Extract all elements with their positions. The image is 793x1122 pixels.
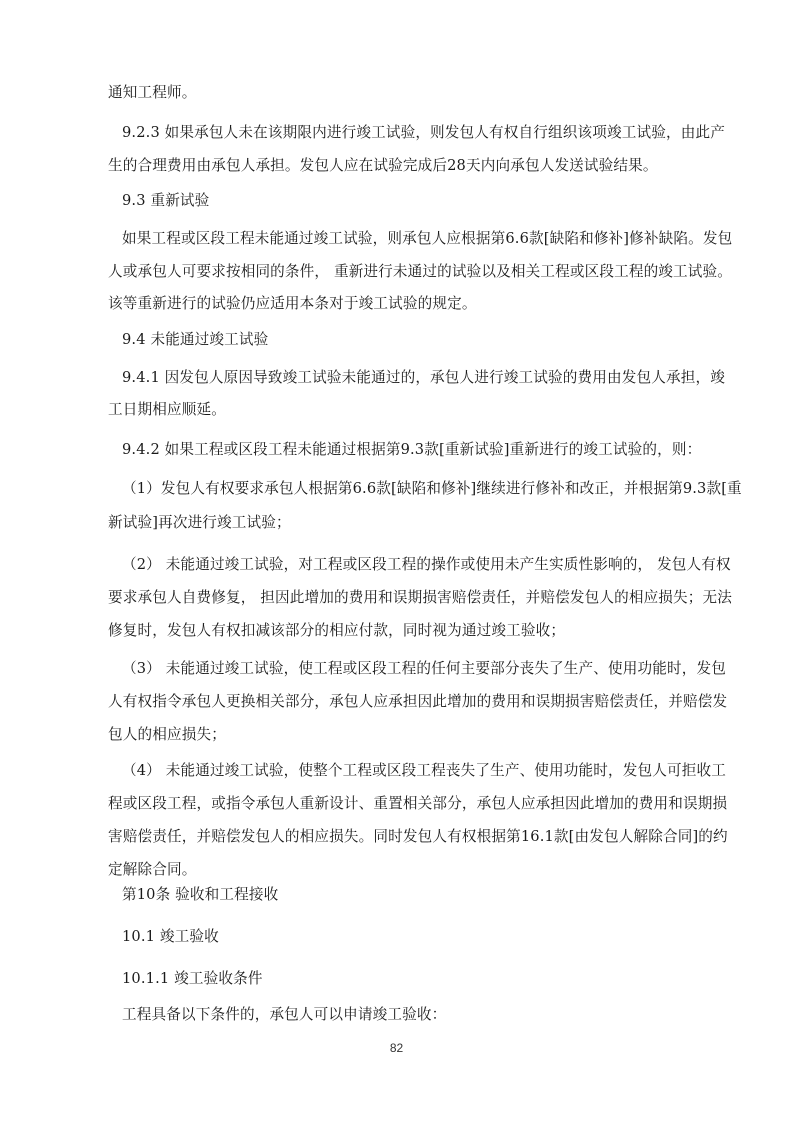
paragraph-line: 新试验]再次进行竣工试验； (108, 513, 291, 533)
paragraph-line: 如果工程或区段工程未能通过竣工试验，则承包人应根据第6.6款[缺陷和修补]修补缺… (122, 229, 708, 249)
item-4: （4） 未能通过竣工试验，使整个工程或区段工程丧失了生产、使用功能时，发包人可拒… (122, 761, 708, 781)
document-page: 通知工程师。 9.2.3 如果承包人未在该期限内进行竣工试验，则发包人有权自行组… (0, 0, 793, 1122)
article-heading-10: 第10条 验收和工程接收 (122, 885, 278, 905)
paragraph-line: 该等重新进行的试验仍应适用本条对于竣工试验的规定。 (108, 294, 477, 314)
paragraph-line: 害赔偿责任，并赔偿发包人的相应损失。同时发包人有权根据第16.1款[由发包人解除… (108, 827, 708, 847)
paragraph-line: 工程具备以下条件的，承包人可以申请竣工验收： (122, 1005, 446, 1025)
clause-9-4-1: 9.4.1 因发包人原因导致竣工试验未能通过的，承包人进行竣工试验的费用由发包人… (122, 368, 708, 388)
section-heading-10-1: 10.1 竣工验收 (122, 927, 219, 947)
paragraph-line: 工日期相应顺延。 (108, 400, 226, 420)
section-heading-9-3: 9.3 重新试验 (122, 191, 209, 211)
paragraph-line: 包人的相应损失； (108, 725, 226, 745)
paragraph-line: 人有权指令承包人更换相关部分，承包人应承担因此增加的费用和误期损害赔偿责任，并赔… (108, 692, 708, 712)
item-3: （3） 未能通过竣工试验，使工程或区段工程的任何主要部分丧失了生产、使用功能时，… (122, 659, 708, 679)
clause-9-4-2: 9.4.2 如果工程或区段工程未能通过根据第9.3款[重新试验]重新进行的竣工试… (122, 440, 701, 460)
section-heading-9-4: 9.4 未能通过竣工试验 (122, 330, 268, 350)
paragraph-line: 人或承包人可要求按相同的条件， 重新进行未通过的试验以及相关工程或区段工程的竣工… (108, 262, 708, 282)
item-1: （1）发包人有权要求承包人根据第6.6款[缺陷和修补]继续进行修补和改正，并根据… (122, 479, 708, 499)
paragraph-line: 程或区段工程，或指令承包人重新设计、重置相关部分，承包人应承担因此增加的费用和误… (108, 794, 708, 814)
paragraph-line: 通知工程师。 (108, 83, 196, 103)
item-2: （2） 未能通过竣工试验，对工程或区段工程的操作或使用未产生实质性影响的， 发包… (122, 555, 708, 575)
paragraph-line: 生的合理费用由承包人承担。发包人应在试验完成后28天内向承包人发送试验结果。 (108, 156, 658, 176)
page-number: 82 (0, 1041, 793, 1055)
paragraph-line: 定解除合同。 (108, 860, 196, 880)
clause-9-2-3: 9.2.3 如果承包人未在该期限内进行竣工试验，则发包人有权自行组织该项竣工试验… (122, 123, 708, 143)
paragraph-line: 修复时，发包人有权扣减该部分的相应付款，同时视为通过竣工验收； (108, 621, 565, 641)
paragraph-line: 要求承包人自费修复， 担因此增加的费用和误期损害赔偿责任，并赔偿发包人的相应损失… (108, 588, 708, 608)
clause-10-1-1: 10.1.1 竣工验收条件 (122, 969, 263, 989)
